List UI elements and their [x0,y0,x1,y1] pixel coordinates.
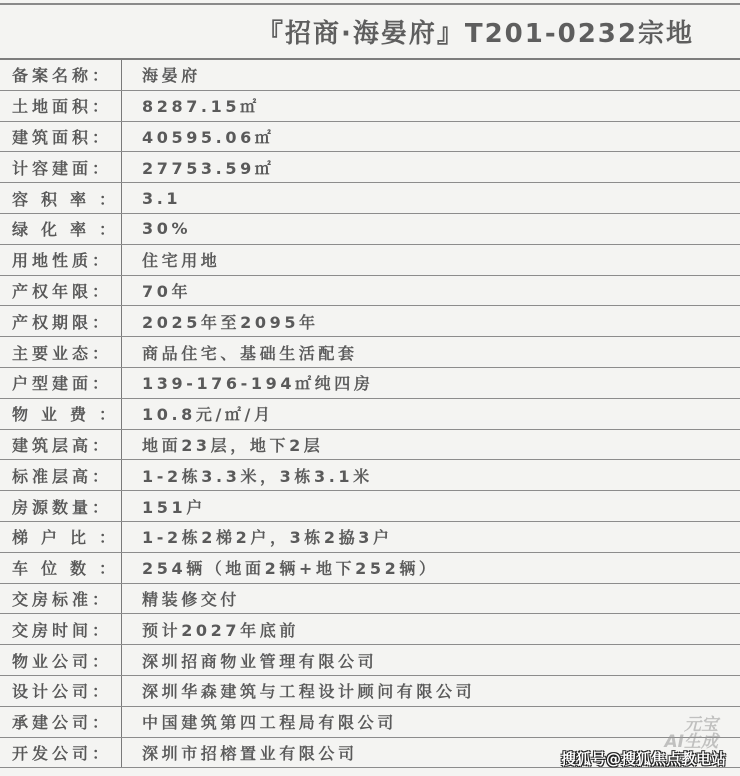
source-watermark: 搜狐号@搜狐焦点教电站 [561,748,726,769]
row-label: 产权年限： [0,276,122,306]
row-value: 商品住宅、基础生活配套 [122,337,740,367]
row-value: 2025年至2095年 [122,306,740,336]
row-value: 中国建筑第四工程局有限公司 [122,707,740,737]
table-row: 交房标准：精装修交付 [0,584,740,615]
row-label: 计容建面： [0,152,122,182]
row-label: 车位数： [0,553,122,583]
row-value: 精装修交付 [122,584,740,614]
row-value: 254辆（地面2辆+地下252辆） [122,553,740,583]
row-value: 151户 [122,491,740,521]
row-value: 海晏府 [122,60,740,90]
row-label: 标准层高： [0,460,122,490]
page-title: 『招商·海晏府』T201-0232宗地 [0,5,740,57]
row-label: 物业费： [0,399,122,429]
table-row: 产权期限：2025年至2095年 [0,306,740,337]
row-label: 建筑层高： [0,430,122,460]
row-value: 40595.06㎡ [122,122,740,152]
table-row: 承建公司：中国建筑第四工程局有限公司 [0,707,740,738]
table-row: 计容建面：27753.59㎡ [0,152,740,183]
row-value: 预计2027年底前 [122,614,740,644]
row-label: 户型建面： [0,368,122,398]
table-row: 主要业态：商品住宅、基础生活配套 [0,337,740,368]
row-value: 1-2栋2梯2户，3栋2拹3户 [122,522,740,552]
row-value: 3.1 [122,183,740,213]
row-label: 土地面积： [0,91,122,121]
row-label: 建筑面积： [0,122,122,152]
table-row: 用地性质：住宅用地 [0,245,740,276]
table-row: 户型建面：139-176-194㎡纯四房 [0,368,740,399]
table-row: 房源数量：151户 [0,491,740,522]
row-value: 8287.15㎡ [122,91,740,121]
row-label: 用地性质： [0,245,122,275]
row-label: 梯户比： [0,522,122,552]
table-row: 备案名称：海晏府 [0,60,740,91]
row-label: 承建公司： [0,707,122,737]
row-label: 容积率： [0,183,122,213]
row-label: 物业公司： [0,645,122,675]
table-row: 物业费：10.8元/㎡/月 [0,399,740,430]
row-label: 绿化率： [0,214,122,244]
row-label: 交房时间： [0,614,122,644]
table-row: 建筑层高：地面23层，地下2层 [0,430,740,461]
table-row: 交房时间：预计2027年底前 [0,614,740,645]
row-label: 主要业态： [0,337,122,367]
row-value: 地面23层，地下2层 [122,430,740,460]
row-label: 备案名称： [0,60,122,90]
row-value: 27753.59㎡ [122,152,740,182]
info-table: 备案名称：海晏府 土地面积：8287.15㎡ 建筑面积：40595.06㎡ 计容… [0,58,740,768]
table-row: 设计公司：深圳华森建筑与工程设计顾问有限公司 [0,676,740,707]
row-value: 70年 [122,276,740,306]
ai-generated-watermark: 元宝 AI生成 [665,717,718,751]
table-row: 土地面积：8287.15㎡ [0,91,740,122]
table-row: 建筑面积：40595.06㎡ [0,122,740,153]
row-label: 设计公司： [0,676,122,706]
row-value: 139-176-194㎡纯四房 [122,368,740,398]
table-row: 容积率：3.1 [0,183,740,214]
row-value: 1-2栋3.3米，3栋3.1米 [122,460,740,490]
row-value: 30% [122,214,740,244]
row-value: 深圳招商物业管理有限公司 [122,645,740,675]
row-value: 深圳华森建筑与工程设计顾问有限公司 [122,676,740,706]
table-row: 梯户比：1-2栋2梯2户，3栋2拹3户 [0,522,740,553]
row-label: 房源数量： [0,491,122,521]
table-row: 车位数：254辆（地面2辆+地下252辆） [0,553,740,584]
row-value: 住宅用地 [122,245,740,275]
project-info-sheet: 『招商·海晏府』T201-0232宗地 备案名称：海晏府 土地面积：8287.1… [0,0,740,776]
table-row: 绿化率：30% [0,214,740,245]
row-label: 产权期限： [0,306,122,336]
table-row: 物业公司：深圳招商物业管理有限公司 [0,645,740,676]
row-label: 开发公司： [0,738,122,768]
row-value: 10.8元/㎡/月 [122,399,740,429]
row-label: 交房标准： [0,584,122,614]
table-row: 产权年限：70年 [0,276,740,307]
table-row: 标准层高：1-2栋3.3米，3栋3.1米 [0,460,740,491]
